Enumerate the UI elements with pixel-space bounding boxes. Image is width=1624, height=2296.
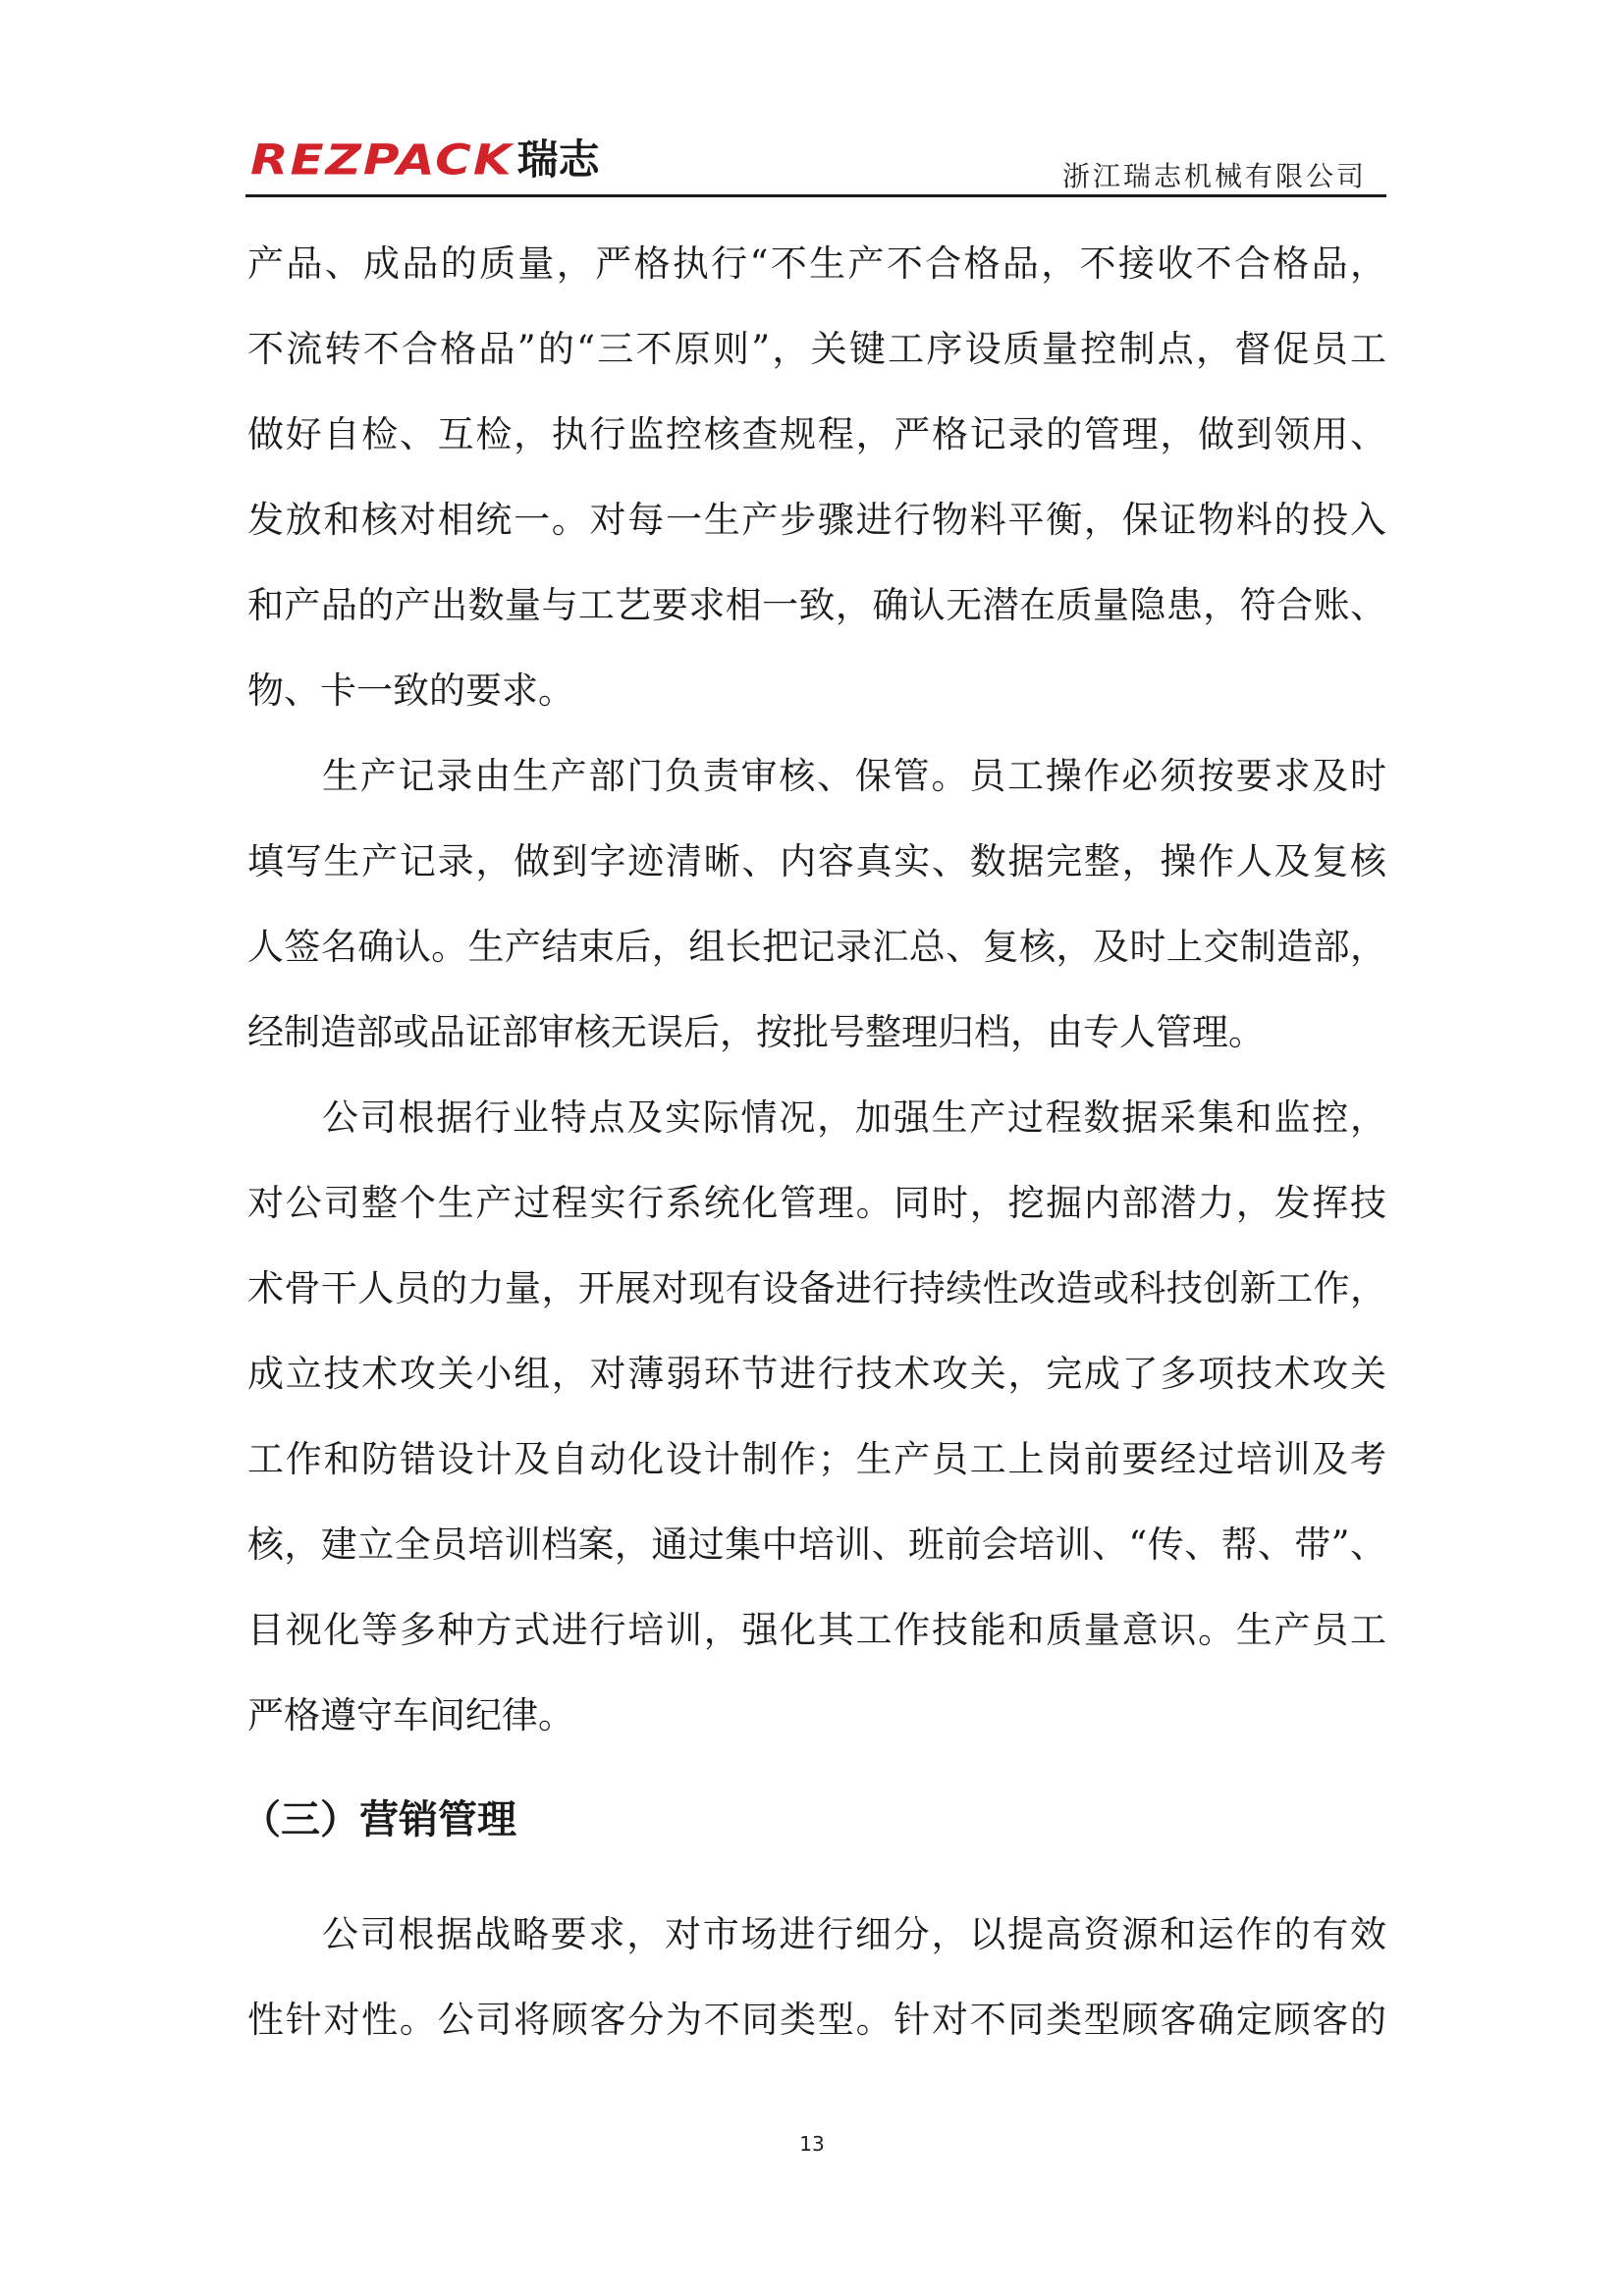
document-body: 产品、成品的质量，严格执行“不生产不合格品，不接收不合格品， 不流转不合格品”的…	[247, 221, 1386, 2062]
paragraph: 产品、成品的质量，严格执行“不生产不合格品，不接收不合格品， 不流转不合格品”的…	[247, 221, 1386, 733]
text-line: 术骨干人员的力量，开展对现有设备进行持续性改造或科技创新工作，	[247, 1246, 1386, 1331]
text-line: 工作和防错设计及自动化设计制作；生产员工上岗前要经过培训及考	[247, 1416, 1386, 1502]
spacer	[247, 1864, 1386, 1892]
text-line: 人签名确认。生产结束后，组长把记录汇总、复核，及时上交制造部，	[247, 904, 1386, 989]
text-line: 物、卡一致的要求。	[247, 648, 1386, 733]
text-line: 和产品的产出数量与工艺要求相一致，确认无潜在质量隐患，符合账、	[247, 562, 1386, 648]
text-line: 成立技术攻关小组，对薄弱环节进行技术攻关，完成了多项技术攻关	[247, 1331, 1386, 1416]
text-line: 公司根据战略要求，对市场进行细分，以提高资源和运作的有效	[247, 1892, 1386, 1977]
company-logo: REZPACK 瑞志	[250, 135, 600, 185]
text-line: 做好自检、互检，执行监控核查规程，严格记录的管理，做到领用、	[247, 392, 1386, 477]
page-number: 13	[0, 2132, 1624, 2156]
text-line: 严格遵守车间纪律。	[247, 1673, 1386, 1758]
text-line: 生产记录由生产部门负责审核、保管。员工操作必须按要求及时	[247, 733, 1386, 819]
text-line: 目视化等多种方式进行培训，强化其工作技能和质量意识。生产员工	[247, 1587, 1386, 1673]
text-line: 核，建立全员培训档案，通过集中培训、班前会培训、“传、帮、带”、	[247, 1502, 1386, 1587]
paragraph: 生产记录由生产部门负责审核、保管。员工操作必须按要求及时 填写生产记录，做到字迹…	[247, 733, 1386, 1075]
section-heading: （三）营销管理	[242, 1776, 1386, 1864]
text-line: 发放和核对相统一。对每一生产步骤进行物料平衡，保证物料的投入	[247, 477, 1386, 562]
paragraph: 公司根据战略要求，对市场进行细分，以提高资源和运作的有效 性针对性。公司将顾客分…	[247, 1892, 1386, 2062]
logo-wordmark: REZPACK	[250, 139, 514, 182]
text-line: 经制造部或品证部审核无误后，按批号整理归档，由专人管理。	[247, 989, 1386, 1075]
company-name: 浙江瑞志机械有限公司	[1062, 155, 1367, 194]
text-line: 对公司整个生产过程实行系统化管理。同时，挖掘内部潜力，发挥技	[247, 1160, 1386, 1246]
text-line: 公司根据行业特点及实际情况，加强生产过程数据采集和监控，	[247, 1075, 1386, 1160]
page-header: REZPACK 瑞志 浙江瑞志机械有限公司	[245, 126, 1386, 199]
logo-chinese-name: 瑞志	[517, 135, 600, 185]
text-line: 不流转不合格品”的“三不原则”，关键工序设质量控制点，督促员工	[247, 306, 1386, 392]
paragraph: 公司根据行业特点及实际情况，加强生产过程数据采集和监控， 对公司整个生产过程实行…	[247, 1075, 1386, 1758]
text-line: 性针对性。公司将顾客分为不同类型。针对不同类型顾客确定顾客的	[247, 1977, 1386, 2062]
header-divider	[245, 194, 1386, 197]
text-line: 填写生产记录，做到字迹清晰、内容真实、数据完整，操作人及复核	[247, 819, 1386, 904]
document-page: REZPACK 瑞志 浙江瑞志机械有限公司 产品、成品的质量，严格执行“不生产不…	[0, 0, 1624, 2296]
text-line: 产品、成品的质量，严格执行“不生产不合格品，不接收不合格品，	[247, 221, 1386, 306]
